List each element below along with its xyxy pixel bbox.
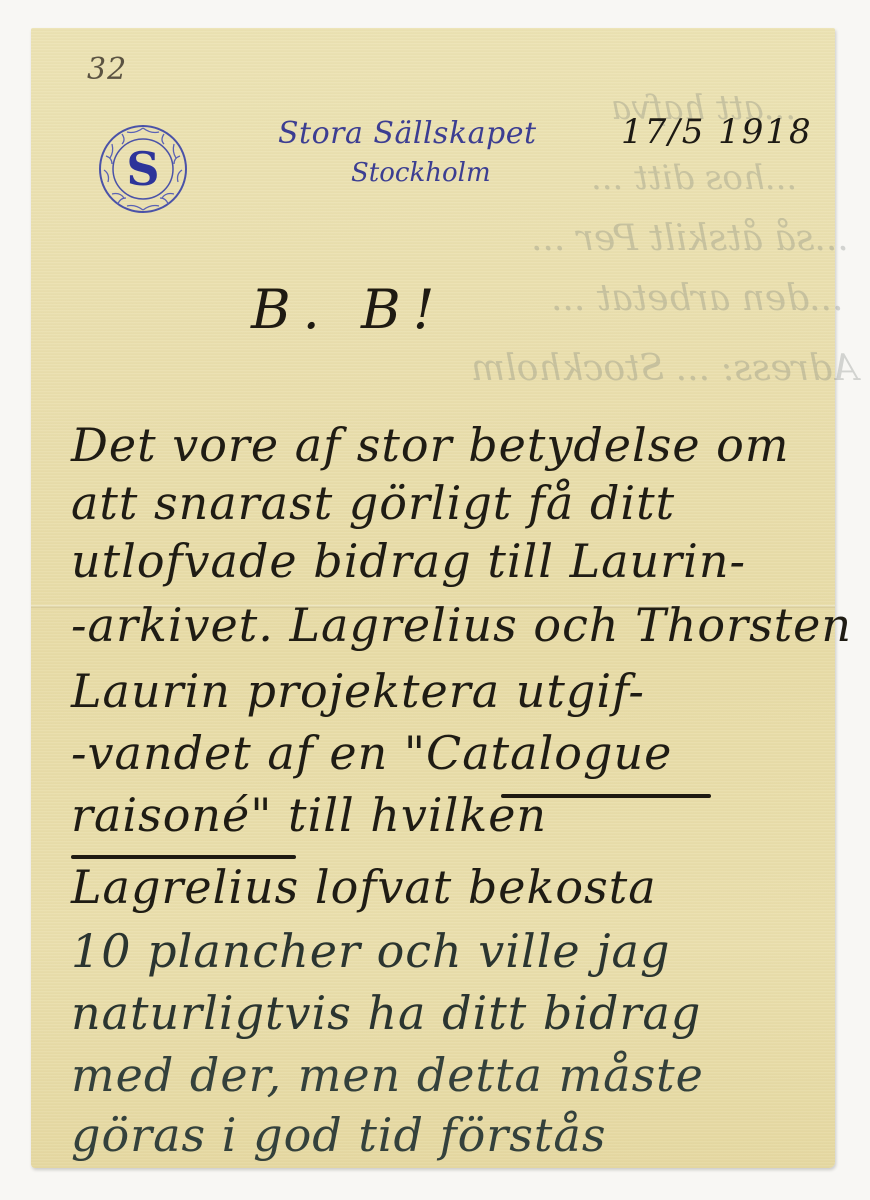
bleed-through-text: ...så åtskilt Per ... (531, 218, 849, 259)
body-line: göras i god tid förstås (71, 1108, 606, 1162)
body-line: raisoné" till hvilken (71, 788, 547, 842)
body-line: naturligtvis ha ditt bidrag (71, 986, 701, 1040)
body-line: Lagrelius lofvat bekosta (71, 860, 657, 914)
body-line: utlofvade bidrag till Laurin- (71, 534, 746, 588)
body-line: att snarast görligt få ditt (71, 476, 675, 530)
body-line: -arkivet. Lagrelius och Thorsten (71, 598, 852, 652)
underline-raisone (71, 855, 296, 859)
bleed-through-text: ...den arbetat ... (551, 278, 844, 319)
body-line: med der, men detta måste (71, 1048, 704, 1102)
wreath-s-emblem-icon: S (98, 124, 188, 214)
bleed-through-text: ...hos ditt ... (591, 158, 797, 198)
page-number: 32 (87, 52, 127, 87)
svg-text:S: S (126, 142, 159, 196)
salutation: B. B! (251, 278, 446, 341)
body-line: Det vore af stor betydelse om (71, 418, 789, 472)
letterhead-city: Stockholm (351, 158, 491, 188)
body-line: 10 plancher och ville jag (71, 924, 670, 978)
letterhead-company-name: Stora Sällskapet (278, 116, 537, 151)
bleed-through-text: Adress: ... Stockholm (471, 348, 858, 389)
body-line: Laurin projektera utgif- (71, 664, 645, 718)
body-line: -vandet af en "Catalogue (71, 726, 672, 780)
letter-paper: ...att hafva ...hos ditt ... ...så åtski… (31, 28, 835, 1168)
letter-date: 17/5 1918 (621, 112, 813, 152)
letterhead-logo: S (98, 124, 188, 214)
